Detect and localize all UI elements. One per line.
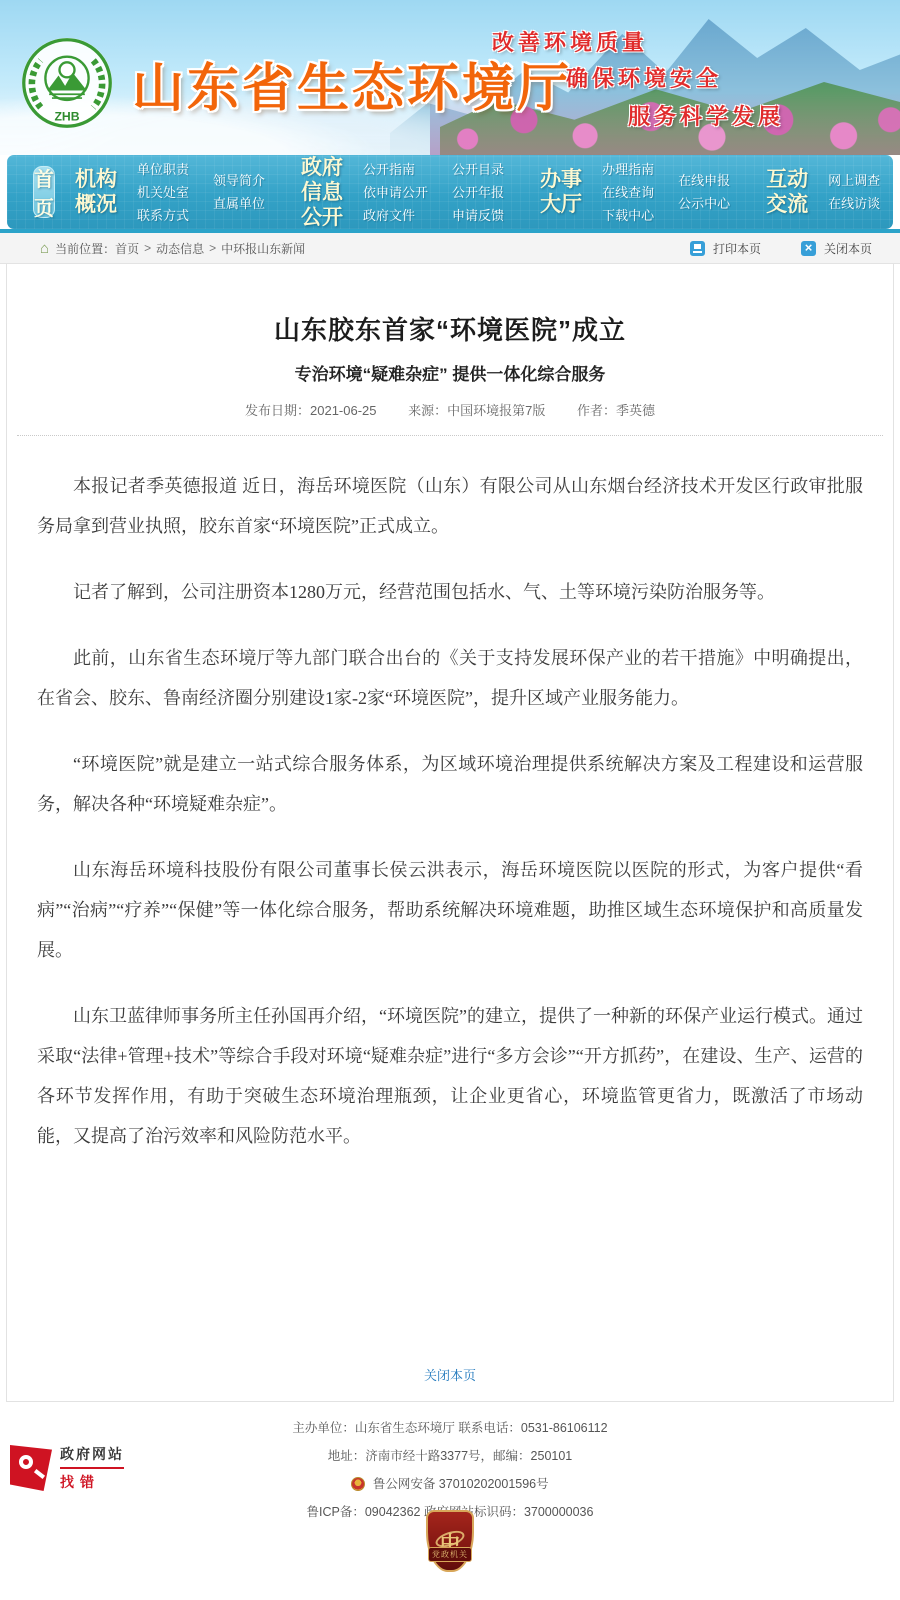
article-subtitle: 专治环境“疑难杂症” 提供一体化综合服务: [7, 360, 893, 385]
article-meta: 发布日期：2021-06-25 来源：中国环境报第7版 作者：季英德: [17, 400, 883, 436]
article-paragraph: 此前，山东省生态环境厅等九部门联合出台的《关于支持发展环保产业的若干措施》中明确…: [37, 638, 863, 718]
nav-item[interactable]: 联系方式: [137, 204, 189, 227]
print-page-button[interactable]: 打印本页: [713, 240, 761, 257]
gov-site-error-report-badge[interactable]: 政府网站 找错: [10, 1444, 124, 1492]
site-footer: 政府网站 找错 主办单位：山东省生态环境厅 联系电话：0531-86106112…: [0, 1402, 900, 1600]
article-container: 山东胶东首家“环境医院”成立 专治环境“疑难杂症” 提供一体化综合服务 发布日期…: [6, 264, 894, 1402]
footer-host-line: 主办单位：山东省生态环境厅 联系电话：0531-86106112: [0, 1418, 900, 1436]
nav-item[interactable]: 办理指南: [602, 158, 654, 181]
party-gov-shield-badge[interactable]: 中 党政机关: [426, 1510, 474, 1572]
close-page-link[interactable]: 关闭本页: [424, 1368, 476, 1383]
breadcrumb-news-link[interactable]: 动态信息: [156, 242, 204, 256]
nav-group-gov-info-title[interactable]: 政府信息公开: [301, 155, 349, 230]
nav-item[interactable]: 机关处室: [137, 181, 189, 204]
nav-item[interactable]: 网上调查: [828, 169, 880, 192]
article-body: 本报记者季英德报道 近日，海岳环境医院（山东）有限公司从山东烟台经济技术开发区行…: [7, 436, 893, 1182]
article-title: 山东胶东首家“环境医院”成立: [7, 310, 893, 347]
logo-text: ZHB: [54, 110, 79, 124]
breadcrumb-label: 当前位置：: [55, 240, 115, 257]
article-paragraph: 记者了解到，公司注册资本1280万元，经营范围包括水、气、土等环境污染防治服务等…: [37, 572, 863, 612]
article-paragraph: 本报记者季英德报道 近日，海岳环境医院（山东）有限公司从山东烟台经济技术开发区行…: [37, 466, 863, 546]
article-paragraph: 山东海岳环境科技股份有限公司董事长侯云洪表示，海岳环境医院以医院的形式，为客户提…: [37, 850, 863, 970]
breadcrumb-separator: >: [209, 241, 216, 255]
close-icon[interactable]: ×: [801, 241, 816, 256]
nav-group-gov-info: 政府信息公开 公开指南 依申请公开 政府文件 公开目录 公开年报 申请反馈: [301, 155, 528, 230]
shield-icon: 中 党政机关: [426, 1510, 474, 1572]
nav-group-service-hall: 办事大厅 办理指南 在线查询 下载中心 在线申报 公示中心: [540, 158, 754, 227]
nav-group-organization: 机构概况 单位职责 机关处室 联系方式 领导简介 直属单位: [75, 158, 289, 227]
close-page-button[interactable]: 关闭本页: [824, 240, 872, 257]
nav-item[interactable]: 依申请公开: [363, 181, 428, 204]
nav-item[interactable]: 下载中心: [602, 204, 654, 227]
footer-address-line: 地址：济南市经十路3377号，邮编：250101: [0, 1446, 900, 1464]
slogan-2: 确保环境安全: [566, 62, 722, 93]
nav-item[interactable]: 领导简介: [213, 169, 265, 192]
security-record-link[interactable]: 鲁公网安备 37010202001596号: [373, 1477, 549, 1491]
article-paragraph: 山东卫蓝律师事务所主任孙国再介绍，“环境医院”的建立，提供了一种新的环保产业运行…: [37, 996, 863, 1156]
nav-item[interactable]: 在线申报: [678, 169, 730, 192]
magnifier-icon: [19, 1455, 33, 1469]
shield-banner-label: 党政机关: [428, 1547, 472, 1562]
print-icon[interactable]: [690, 241, 705, 256]
article-source: 来源：中国环境报第7版: [408, 403, 545, 418]
nav-item[interactable]: 公开指南: [363, 158, 428, 181]
breadcrumb-separator: >: [144, 241, 151, 255]
nav-item[interactable]: 公开年报: [452, 181, 504, 204]
publish-date: 发布日期：2021-06-25: [245, 403, 377, 418]
slogan-3: 服务科学发展: [628, 100, 784, 131]
breadcrumb-current-page[interactable]: 中环报山东新闻: [221, 242, 305, 256]
article-paragraph: “环境医院”就是建立一站式综合服务体系，为区域环境治理提供系统解决方案及工程建设…: [37, 744, 863, 824]
nav-item[interactable]: 单位职责: [137, 158, 189, 181]
breadcrumb-home-link[interactable]: 首页: [115, 242, 139, 256]
slogan-1: 改善环境质量: [492, 26, 648, 57]
nav-item[interactable]: 公开目录: [452, 158, 504, 181]
nav-group-interaction-title[interactable]: 互动交流: [766, 167, 814, 217]
main-nav: 首页 机构概况 单位职责 机关处室 联系方式 领导简介 直属单位 政府信息公开 …: [7, 155, 893, 229]
site-header: ZHB 山东省生态环境厅 改善环境质量 确保环境安全 服务科学发展: [0, 0, 900, 155]
error-flag-icon: [10, 1445, 52, 1491]
error-badge-line2: 找错: [60, 1472, 124, 1492]
nav-item[interactable]: 申请反馈: [452, 204, 504, 227]
article-author: 作者：季英德: [577, 403, 655, 418]
nav-item[interactable]: 公示中心: [678, 192, 730, 215]
nav-item[interactable]: 政府文件: [363, 204, 428, 227]
nav-item[interactable]: 直属单位: [213, 192, 265, 215]
nav-home-button[interactable]: 首页: [33, 166, 55, 218]
breadcrumb-bar: ⌂ 当前位置： 首页 > 动态信息 > 中环报山东新闻 打印本页 × 关闭本页: [0, 233, 900, 264]
error-badge-line1: 政府网站: [60, 1444, 124, 1469]
nav-group-interaction: 互动交流 网上调查 在线访谈 民意征集 在线咨询: [766, 167, 900, 217]
nav-group-organization-title[interactable]: 机构概况: [75, 167, 123, 217]
nav-home-label: 首页: [34, 163, 54, 221]
nav-group-service-hall-title[interactable]: 办事大厅: [540, 167, 588, 217]
home-icon: ⌂: [40, 241, 49, 256]
site-title: 山东省生态环境厅: [132, 46, 572, 121]
police-badge-icon: [351, 1477, 365, 1491]
agency-logo: ZHB: [20, 36, 114, 130]
nav-item[interactable]: 在线访谈: [828, 192, 880, 215]
nav-item[interactable]: 在线查询: [602, 181, 654, 204]
